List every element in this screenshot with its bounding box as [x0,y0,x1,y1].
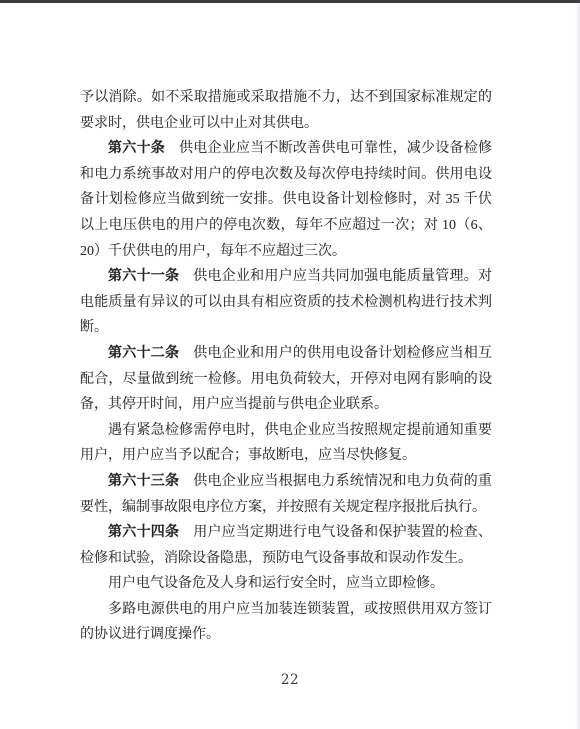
article-number-60: 第六十条 [108,141,165,156]
page-number: 22 [0,672,580,688]
paragraph-immediate-repair: 用户电气设备危及人身和运行安全时，应当立即检修。 [80,571,492,597]
scan-edge-top [0,0,580,3]
paragraph-article-63: 第六十三条供电企业应当根据电力系统情况和电力负荷的重要性，编制事故限电序位方案，… [80,469,492,520]
paragraph-continuation: 予以消除。如不采取措施或采取措施不力，达不到国家标准规定的要求时，供电企业可以中… [80,85,492,136]
article-number-62: 第六十二条 [108,346,179,361]
paragraph-text: 用户电气设备危及人身和运行安全时，应当立即检修。 [108,576,444,591]
document-page: 予以消除。如不采取措施或采取措施不力，达不到国家标准规定的要求时，供电企业可以中… [0,0,580,729]
paragraph-multi-source: 多路电源供电的用户应当加装连锁装置，或按照供用双方签订的协议进行调度操作。 [80,597,492,648]
article-number-63: 第六十三条 [108,474,179,489]
scan-edge-right [575,0,580,729]
paragraph-text: 遇有紧急检修需停电时，供电企业应当按照规定提前通知重要用户，用户应当予以配合；事… [80,423,492,464]
paragraph-article-62: 第六十二条供电企业和用户的供用电设备计划检修应当相互配合，尽量做到统一检修。用电… [80,341,492,418]
paragraph-article-64: 第六十四条用户应当定期进行电气设备和保护装置的检查、检修和试验，消除设备隐患，预… [80,520,492,571]
paragraph-text: 多路电源供电的用户应当加装连锁装置，或按照供用双方签订的协议进行调度操作。 [80,602,492,643]
paragraph-article-61: 第六十一条供电企业和用户应当共同加强电能质量管理。对电能质量有异议的可以由具有相… [80,264,492,341]
paragraph-text: 予以消除。如不采取措施或采取措施不力，达不到国家标准规定的要求时，供电企业可以中… [80,90,492,131]
document-body: 予以消除。如不采取措施或采取措施不力，达不到国家标准规定的要求时，供电企业可以中… [80,85,492,648]
paragraph-article-60: 第六十条供电企业应当不断改善供电可靠性，减少设备检修和电力系统事故对用户的停电次… [80,136,492,264]
article-number-61: 第六十一条 [108,269,179,284]
paragraph-text: 供电企业应当不断改善供电可靠性，减少设备检修和电力系统事故对用户的停电次数及每次… [80,141,492,258]
paragraph-emergency-repair: 遇有紧急检修需停电时，供电企业应当按照规定提前通知重要用户，用户应当予以配合；事… [80,418,492,469]
article-number-64: 第六十四条 [108,525,179,540]
